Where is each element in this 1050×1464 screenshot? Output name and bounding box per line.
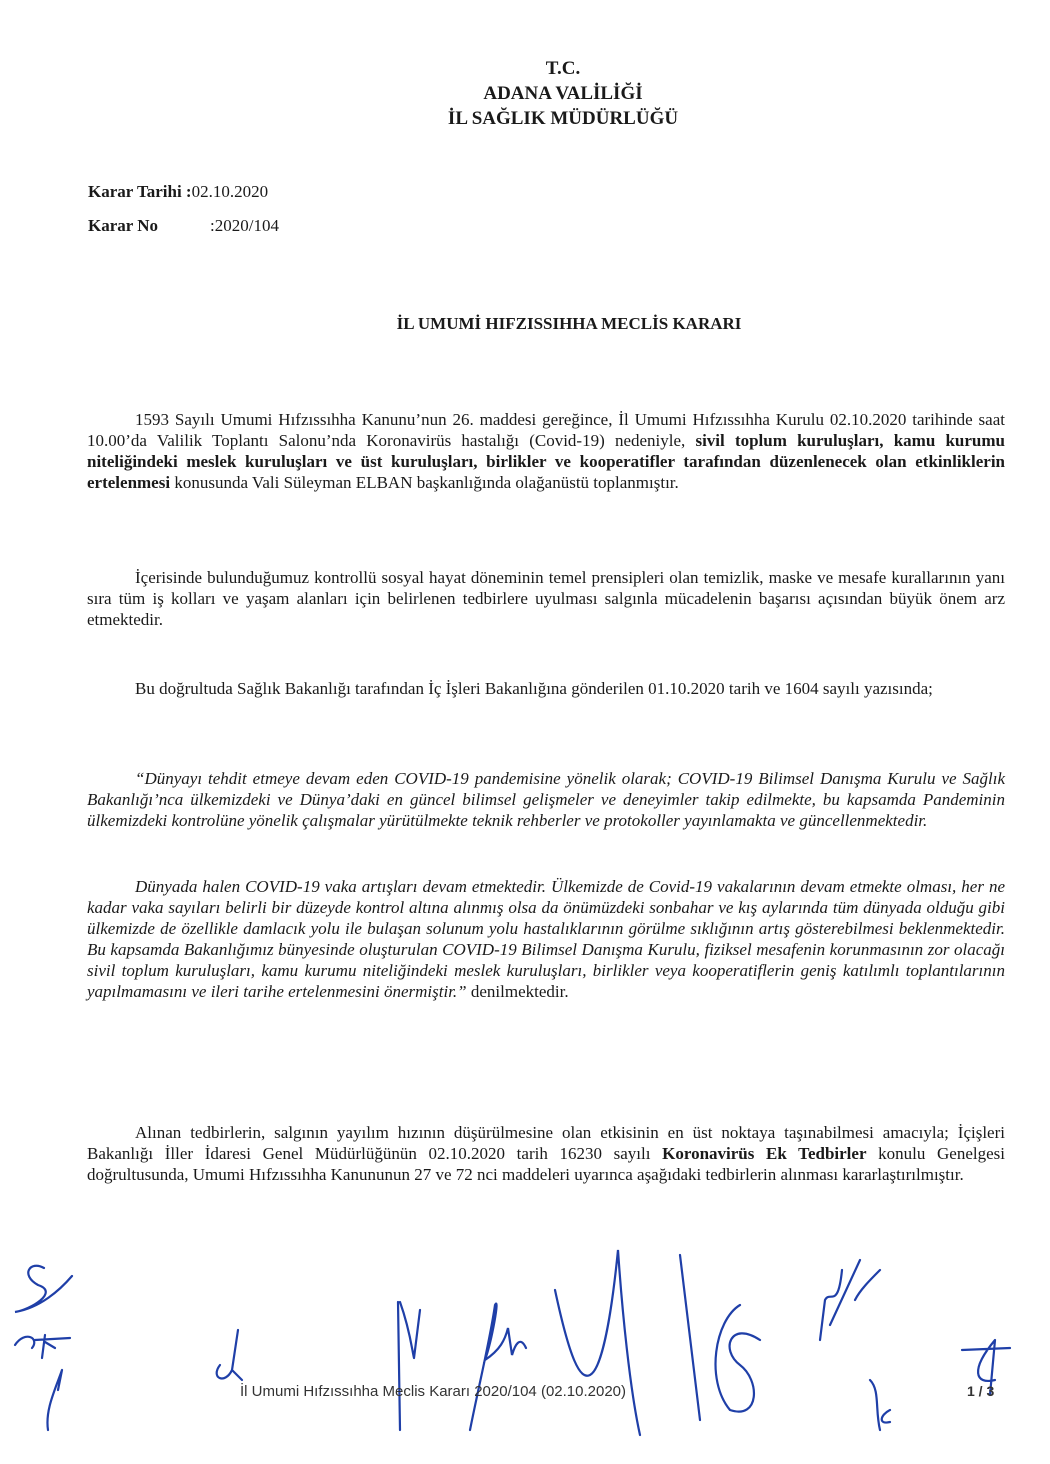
signature-7 <box>555 1250 640 1435</box>
decision-date-row: Karar Tarihi :02.10.2020 <box>88 175 279 209</box>
signature-2 <box>15 1335 70 1358</box>
decision-meta: Karar Tarihi :02.10.2020 Karar No:2020/1… <box>88 175 279 243</box>
signature-4 <box>217 1330 242 1380</box>
letterhead: T.C. ADANA VALİLİĞİ İL SAĞLIK MÜDÜRLÜĞÜ <box>0 56 1050 131</box>
quote-paragraph-2: Dünyada halen COVID-19 vaka artışları de… <box>87 876 1005 1002</box>
paragraph-4-bold: Koronavirüs Ek Tedbirler <box>662 1144 866 1163</box>
paragraph-2: İçerisinde bulunduğumuz kontrollü sosyal… <box>87 567 1005 630</box>
document-title: İL UMUMİ HIFZISSIHHA MECLİS KARARI <box>44 314 1050 334</box>
decision-date-value: 02.10.2020 <box>192 182 269 201</box>
paragraph-1: 1593 Sayılı Umumi Hıfzıssıhha Kanunu’nun… <box>87 409 1005 493</box>
decision-no-row: Karar No:2020/104 <box>88 209 279 243</box>
paragraph-4-text: Alınan tedbirlerin, salgının yayılım hız… <box>87 1123 1005 1163</box>
document-page: T.C. ADANA VALİLİĞİ İL SAĞLIK MÜDÜRLÜĞÜ … <box>0 0 1050 1464</box>
paragraph-1-end: konusunda Vali Süleyman ELBAN başkanlığı… <box>174 473 678 492</box>
paragraph-4: Alınan tedbirlerin, salgının yayılım hız… <box>87 1122 1005 1185</box>
quote-paragraph-1: “Dünyayı tehdit etmeye devam eden COVID-… <box>87 768 1005 831</box>
page-number: 1 / 3 <box>967 1383 994 1399</box>
decision-no-label: Karar No <box>88 209 210 243</box>
quote-tail: denilmektedir. <box>467 982 569 1001</box>
signature-5 <box>398 1302 420 1430</box>
signature-9 <box>820 1260 880 1340</box>
page-footer: İl Umumi Hıfzıssıhha Meclis Kararı 2020/… <box>240 1383 626 1400</box>
paragraph-3: Bu doğrultuda Sağlık Bakanlığı tarafında… <box>87 678 1005 699</box>
decision-no-value: :2020/104 <box>210 216 279 235</box>
header-directorate: İL SAĞLIK MÜDÜRLÜĞÜ <box>76 106 1050 131</box>
decision-date-label: Karar Tarihi : <box>88 175 192 209</box>
signature-1 <box>15 1266 72 1312</box>
header-tc: T.C. <box>76 56 1050 81</box>
signature-10 <box>870 1380 890 1430</box>
signature-6 <box>470 1304 526 1430</box>
header-governorship: ADANA VALİLİĞİ <box>76 81 1050 106</box>
signature-3 <box>47 1370 62 1430</box>
signatures <box>0 1230 1050 1464</box>
signature-8 <box>680 1255 760 1420</box>
